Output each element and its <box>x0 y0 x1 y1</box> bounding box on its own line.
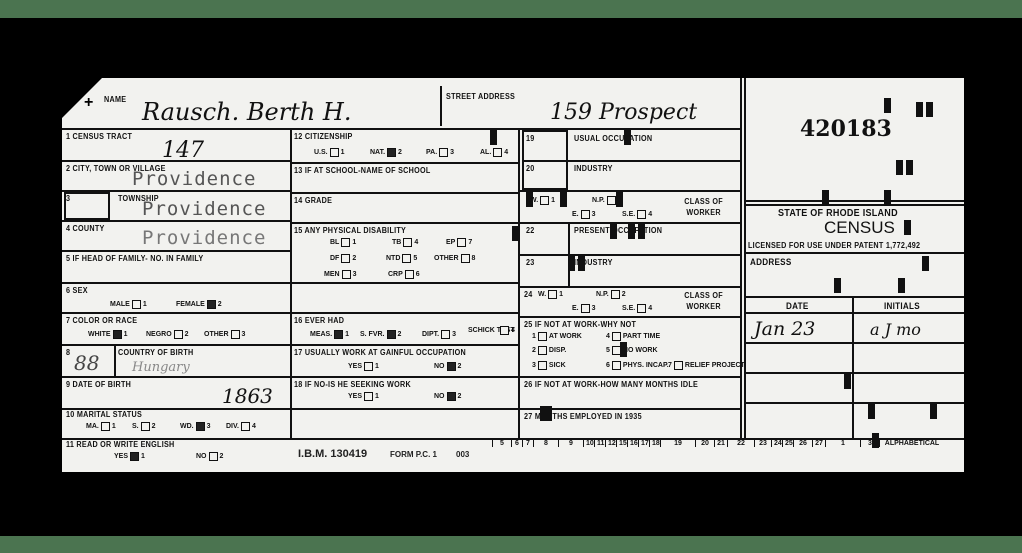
class-of-worker-label-24: CLASS OF WORKER <box>682 290 725 312</box>
street-address-label: STREET ADDRESS <box>446 92 515 101</box>
disability-men-option[interactable]: MEN3 <box>324 270 356 279</box>
ever-had-sfvr-option[interactable]: S. FVR.2 <box>360 330 401 339</box>
why-part-time-option[interactable]: 4PART TIME <box>606 332 660 341</box>
why-disp-option[interactable]: 2DISP. <box>532 346 566 355</box>
present-occupation-label: PRESENT OCCUPATION <box>574 226 662 235</box>
patent-label: LICENSED FOR USE UNDER PATENT 1,772,492 <box>748 241 920 250</box>
usual-occupation-label: USUAL OCCUPATION <box>574 134 652 143</box>
marital-wd-option[interactable]: WD.3 <box>180 422 211 431</box>
marital-div-option[interactable]: DIV.4 <box>226 422 256 431</box>
field-16-label: 16 EVER HAD <box>294 316 344 325</box>
field-6-label: 6 SEX <box>66 286 88 295</box>
english-no-option[interactable]: NO2 <box>196 452 223 461</box>
date-of-birth-value: 1863 <box>222 384 273 408</box>
field-25-label: 25 IF NOT AT WORK-WHY NOT <box>524 320 636 329</box>
field-13-label: 13 IF AT SCHOOL-NAME OF SCHOOL <box>294 166 431 175</box>
ever-had-schick-option[interactable]: SCHICK TEST4 <box>468 326 516 335</box>
why-sick-option[interactable]: 3SICK <box>532 361 566 370</box>
initials-value: a J mo <box>870 320 921 339</box>
plus-mark: + <box>84 94 93 112</box>
gainful-no-option[interactable]: NO2 <box>434 362 461 371</box>
initials-label: INITIALS <box>884 301 920 311</box>
class-21-e-option[interactable]: E.3 <box>572 210 596 219</box>
address-label: ADDRESS <box>750 257 791 267</box>
form-number: 003 <box>456 450 469 459</box>
disability-df-option[interactable]: DF2 <box>330 254 356 263</box>
class-24-w-option[interactable]: W.1 <box>538 290 563 299</box>
class-24-se-option[interactable]: S.E.4 <box>622 304 652 313</box>
census-tract-value: 147 <box>162 138 204 163</box>
field-1-label: 1 CENSUS TRACT <box>66 132 132 141</box>
citizenship-al-option[interactable]: AL.4 <box>480 148 508 157</box>
class-24-e-option[interactable]: E.3 <box>572 304 596 313</box>
disability-crp-option[interactable]: CRP6 <box>388 270 420 279</box>
english-yes-option[interactable]: YES1 <box>114 452 145 461</box>
township-value: Providence <box>142 198 266 220</box>
form-label: FORM P.C. 1 <box>390 450 437 459</box>
name-value: Rausch. Berth H. <box>142 98 351 126</box>
top-border-band <box>0 0 1022 18</box>
census-card: + NAME Rausch. Berth H. STREET ADDRESS 1… <box>62 78 964 472</box>
country-code-value: 88 <box>74 351 99 375</box>
disability-tb-option[interactable]: TB4 <box>392 238 418 247</box>
field-9-label: 9 DATE OF BIRTH <box>66 380 131 389</box>
field-12-label: 12 CITIZENSHIP <box>294 132 353 141</box>
disability-bl-option[interactable]: BL1 <box>330 238 356 247</box>
alphabetical-label: ALPHABETICAL <box>879 440 944 447</box>
field-5-label: 5 IF HEAD OF FAMILY- NO. IN FAMILY <box>66 254 203 263</box>
field-26-label: 26 IF NOT AT WORK-HOW MANY MONTHS IDLE <box>524 380 698 389</box>
ibm-number: I.B.M. 130419 <box>298 448 367 460</box>
disability-other-option[interactable]: OTHER8 <box>434 254 475 263</box>
ever-had-meas-option[interactable]: MEAS.1 <box>310 330 349 339</box>
census-title: CENSUS <box>824 218 895 238</box>
race-other-option[interactable]: OTHER3 <box>204 330 245 339</box>
street-address-value: 159 Prospect <box>550 100 697 125</box>
field-17-label: 17 USUALLY WORK AT GAINFUL OCCUPATION <box>294 348 466 357</box>
field-18-label: 18 IF NO-IS HE SEEKING WORK <box>294 380 411 389</box>
industry-label-20: INDUSTRY <box>574 164 613 173</box>
class-21-w-option[interactable]: W.1 <box>530 196 555 205</box>
marital-s-option[interactable]: S.2 <box>132 422 156 431</box>
serial-number: 420183 <box>800 116 892 142</box>
disability-ep-option[interactable]: EP7 <box>446 238 472 247</box>
field-15-label: 15 ANY PHYSICAL DISABILITY <box>294 226 406 235</box>
disability-ntd-option[interactable]: NTD5 <box>386 254 417 263</box>
citizenship-pa-option[interactable]: PA.3 <box>426 148 454 157</box>
why-no-work-option[interactable]: 5NO WORK <box>606 346 658 355</box>
country-of-birth-label: COUNTRY OF BIRTH <box>118 348 194 357</box>
class-21-se-option[interactable]: S.E.4 <box>622 210 652 219</box>
class-of-worker-label-21: CLASS OF WORKER <box>682 196 725 218</box>
field-14-label: 14 GRADE <box>294 196 332 205</box>
race-negro-option[interactable]: NEGRO2 <box>146 330 189 339</box>
field-10-label: 10 MARITAL STATUS <box>66 410 142 419</box>
gainful-yes-option[interactable]: YES1 <box>348 362 379 371</box>
ever-had-dipt-option[interactable]: DIPT.3 <box>422 330 456 339</box>
citizenship-us-option[interactable]: U.S.1 <box>314 148 345 157</box>
field-7-label: 7 COLOR OR RACE <box>66 316 137 325</box>
sex-female-option[interactable]: FEMALE2 <box>176 300 222 309</box>
race-white-option[interactable]: WHITE1 <box>88 330 127 339</box>
name-label: NAME <box>104 95 126 104</box>
marital-ma-option[interactable]: MA.1 <box>86 422 116 431</box>
city-value: Providence <box>132 168 256 190</box>
date-value: Jan 23 <box>754 318 815 340</box>
county-value: Providence <box>142 227 266 249</box>
class-24-np-option[interactable]: N.P.2 <box>596 290 626 299</box>
date-label: DATE <box>786 301 809 311</box>
why-relief-project-option[interactable]: 7RELIEF PROJECT <box>668 361 745 370</box>
why-not-at-work-option[interactable]: 1AT WORK <box>532 332 582 341</box>
field-4-label: 4 COUNTY <box>66 224 105 233</box>
seeking-yes-option[interactable]: YES1 <box>348 392 379 401</box>
citizenship-nat-option[interactable]: NAT.2 <box>370 148 402 157</box>
seeking-no-option[interactable]: NO2 <box>434 392 461 401</box>
sex-male-option[interactable]: MALE1 <box>110 300 147 309</box>
field-3-box <box>64 192 110 220</box>
punch-column-numbers: 5 6 7 8 9 10 11 12 15 16 17 18 19 20 21 … <box>492 440 944 447</box>
why-phys-incap-option[interactable]: 6PHYS. INCAP. <box>606 361 669 370</box>
field-11-label: 11 READ OR WRITE ENGLISH <box>66 440 175 449</box>
country-of-birth-value: Hungary <box>132 360 190 375</box>
bottom-border-band <box>0 536 1022 553</box>
